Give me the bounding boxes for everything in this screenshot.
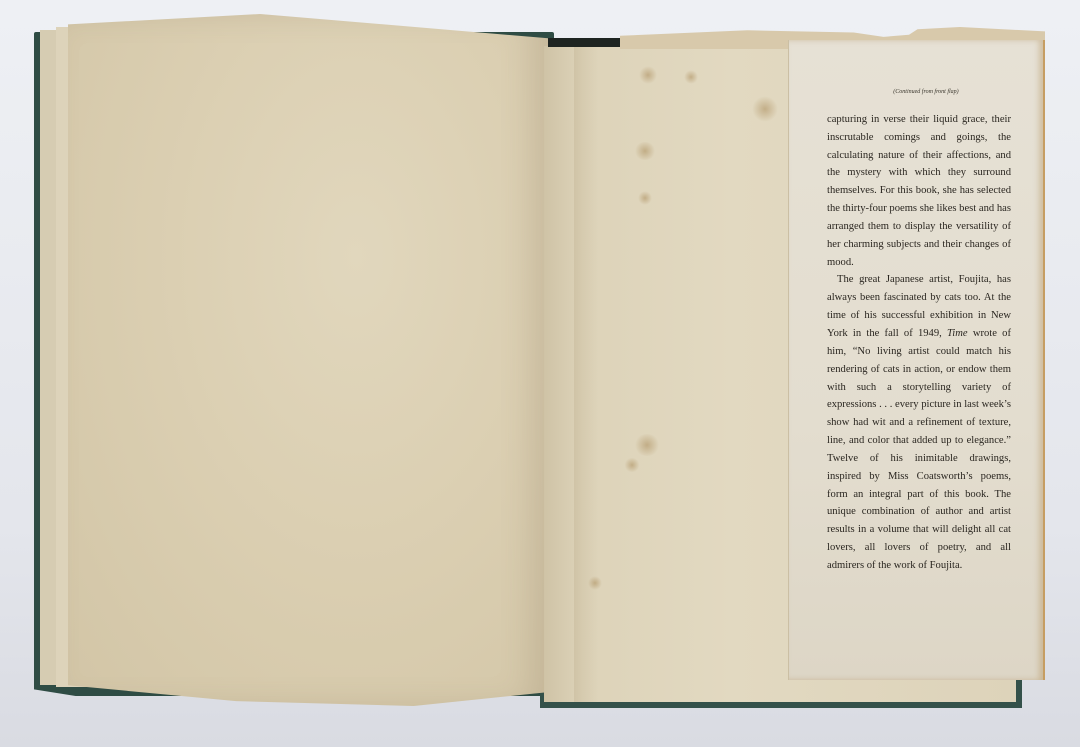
foxing-spot [624,458,640,472]
flap-caption: (Continued from front flap) [841,84,1011,102]
foxing-spot [634,434,660,456]
paragraph-text: wrote of him, “No living artist could ma… [827,328,1011,571]
flap-paragraph-2: The great Japanese artist, Foujita, has … [827,271,1011,574]
foxing-spot [634,142,656,160]
foxing-spot [752,96,778,122]
foxing-spot [638,191,652,205]
gutter-shadow [574,46,598,702]
flap-text-block: (Continued from front flap) capturing in… [827,84,1011,575]
foxing-spot [684,70,698,84]
italic-title: Time [947,328,968,339]
blank-left-page [68,14,548,706]
foxing-spot [639,66,657,84]
flap-paragraph-1: capturing in verse their liquid grace, t… [827,111,1011,272]
